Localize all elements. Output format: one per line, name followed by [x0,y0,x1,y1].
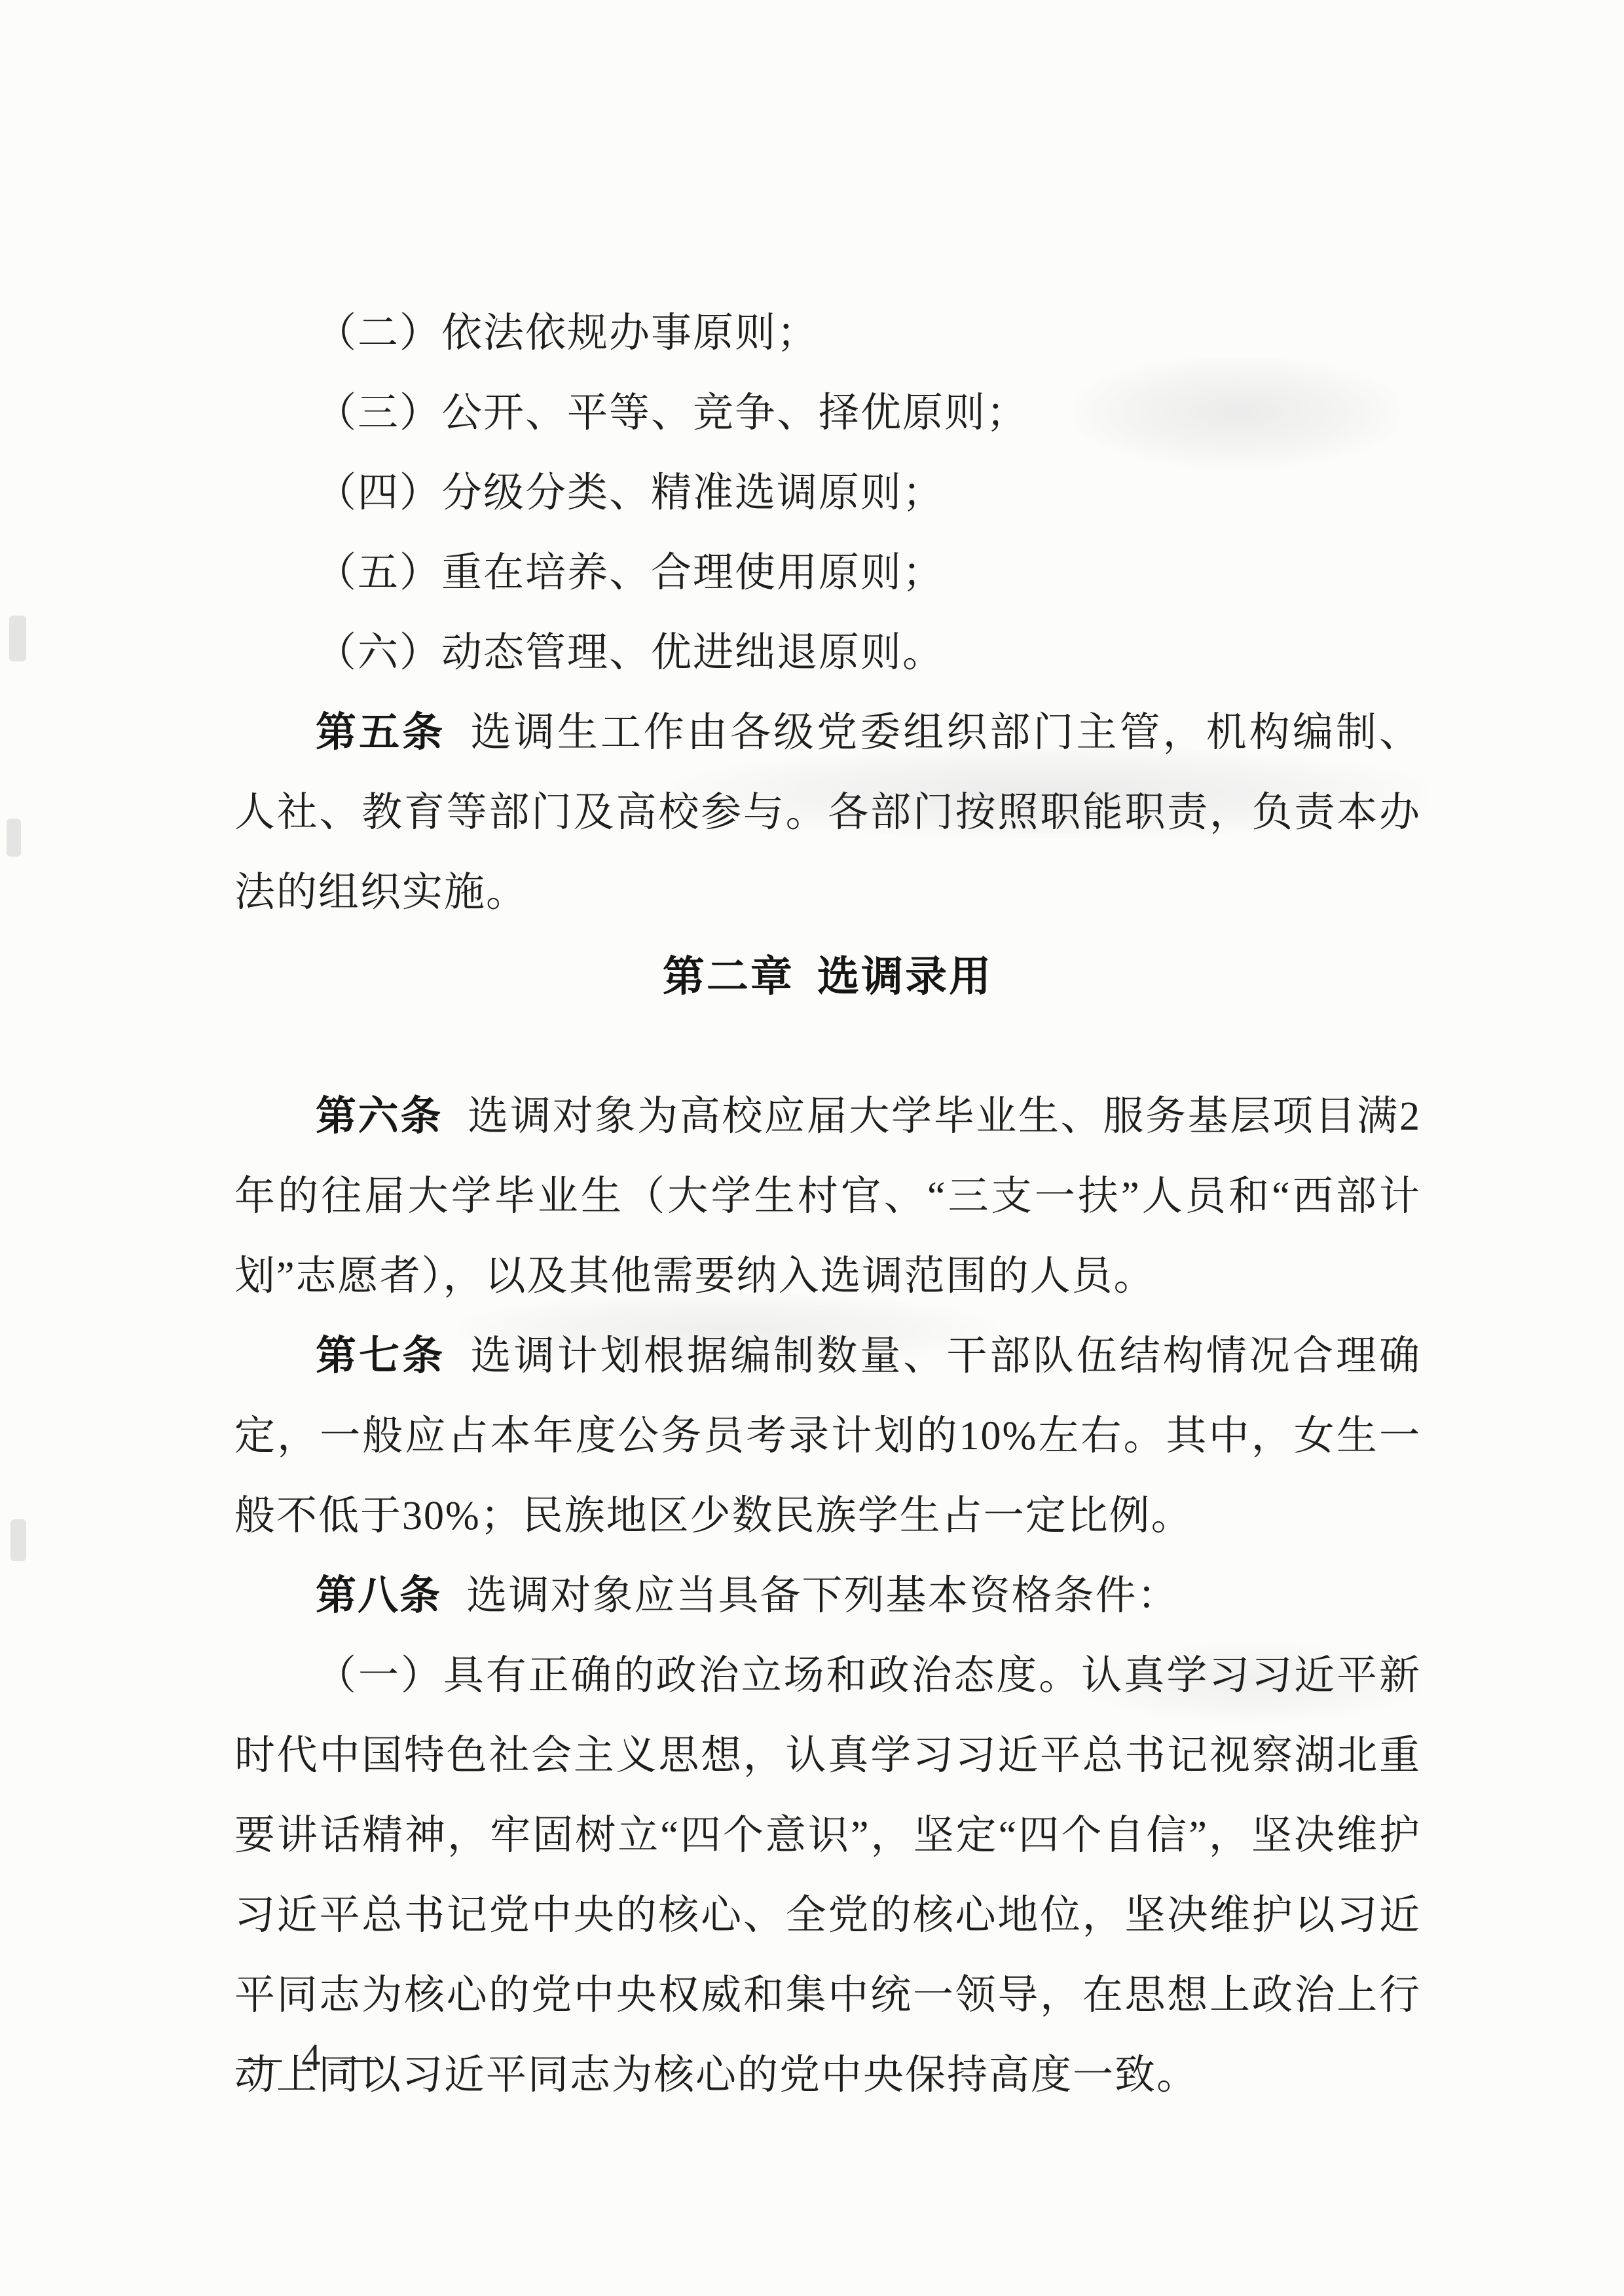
document-body: （二）依法依规办事原则； （三）公开、平等、竞争、择优原则； （四）分级分类、精… [234,293,1421,2115]
chapter-2-title: 选调录用 [817,953,993,1000]
chapter-2-number: 第二章 [663,953,794,1000]
scan-edge-artifact [9,616,26,661]
article-8-marker: 第八条 [316,1573,441,1618]
principle-item-5: （五）重在培养、合理使用原则； [234,533,1421,613]
article-8-paragraph: 第八条选调对象应当具备下列基本资格条件： [234,1556,1421,1636]
page-number: — 4 — [244,2031,384,2084]
article-6-paragraph: 第六条选调对象为高校应届大学毕业生、服务基层项目满2年的往届大学毕业生（大学生村… [234,1077,1421,1316]
principle-item-2: （二）依法依规办事原则； [234,293,1421,373]
clause-1-paragraph: （一）具有正确的政治立场和政治态度。认真学习习近平新时代中国特色社会主义思想，认… [234,1636,1421,2115]
article-7-paragraph: 第七条选调计划根据编制数量、干部队伍结构情况合理确定，一般应占本年度公务员考录计… [234,1316,1421,1556]
principle-item-4: （四）分级分类、精准选调原则； [234,453,1421,533]
scan-edge-artifact [10,1519,26,1561]
article-5-marker: 第五条 [316,710,445,755]
scanned-document-page: （二）依法依规办事原则； （三）公开、平等、竞争、择优原则； （四）分级分类、精… [0,0,1624,2296]
scan-edge-artifact [7,819,21,857]
article-8-text: 选调对象应当具备下列基本资格条件： [466,1574,1179,1618]
principle-item-6: （六）动态管理、优进绌退原则。 [234,613,1421,693]
chapter-2-heading: 第二章选调录用 [234,936,1421,1016]
article-6-marker: 第六条 [316,1094,443,1139]
principle-item-3: （三）公开、平等、竞争、择优原则； [234,373,1421,453]
article-5-paragraph: 第五条选调生工作由各级党委组织部门主管，机构编制、人社、教育等部门及高校参与。各… [234,693,1421,933]
article-7-marker: 第七条 [316,1333,445,1379]
